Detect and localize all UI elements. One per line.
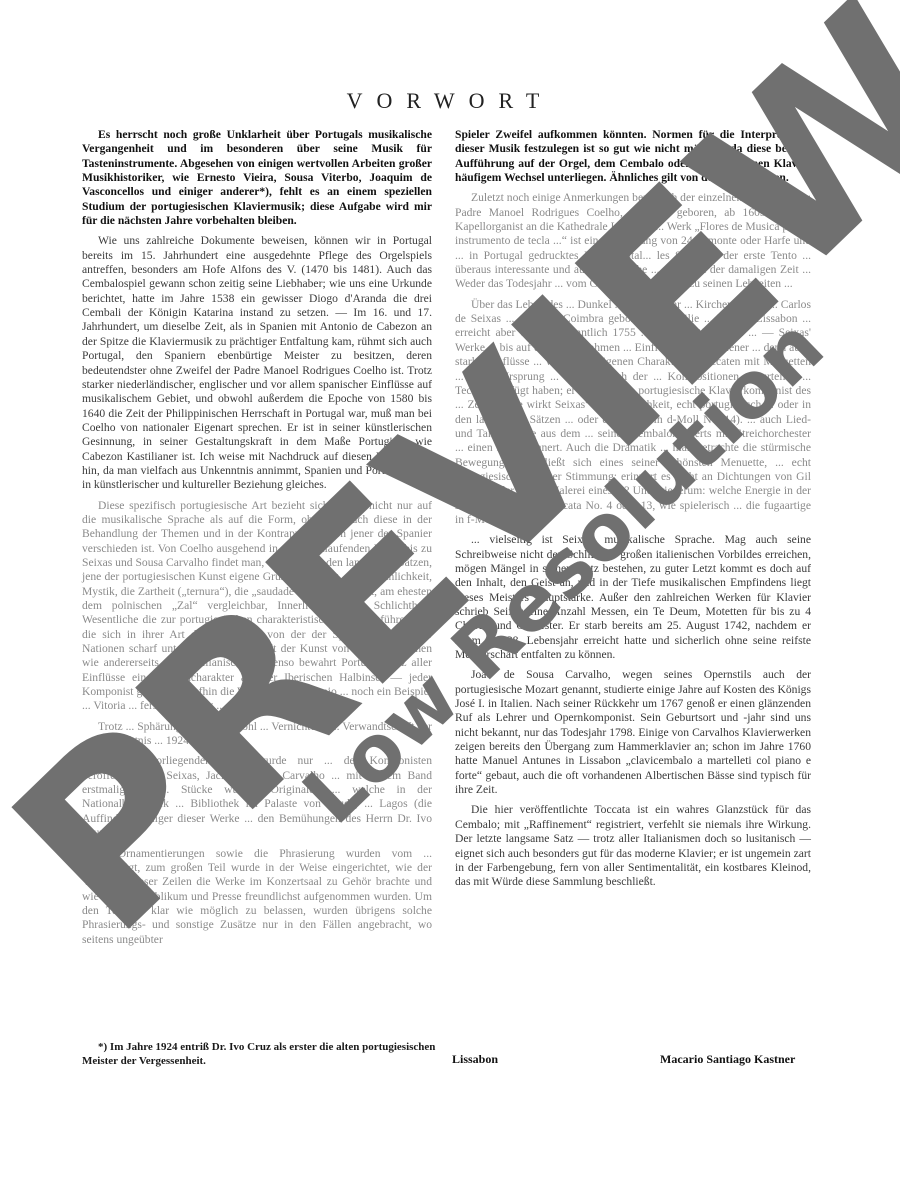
paragraph-carvalho: João de Sousa Carvalho, wegen seines Ope… — [455, 668, 811, 797]
paragraph-intro: Es herrscht noch große Unklarheit über P… — [82, 128, 432, 228]
document-page: VORWORT Es herrscht noch große Unklarhei… — [0, 0, 900, 1180]
signature-author: Macario Santiago Kastner — [660, 1052, 795, 1067]
paragraph-seixas: Über das Leben des ... Dunkel ... Geburt… — [455, 298, 811, 528]
paragraph-seixas-language: ... vielseitig ist Seixas' musikalische … — [455, 533, 811, 662]
paragraph-trotz: Trotz ... Sphärung ... erkannt wohl ... … — [82, 720, 432, 749]
paragraph-history: Wie uns zahlreiche Dokumente beweisen, k… — [82, 234, 432, 492]
footnote: *) Im Jahre 1924 entriß Dr. Ivo Cruz als… — [82, 1040, 438, 1068]
left-column: Es herrscht noch große Unklarheit über P… — [82, 128, 432, 953]
paragraph-phrasing: ... Ornamentierungen sowie die Phrasieru… — [82, 847, 432, 947]
page-title: VORWORT — [0, 88, 900, 114]
signature-place: Lissabon — [452, 1052, 498, 1067]
right-column: Spieler Zweifel aufkommen könnten. Norme… — [455, 128, 811, 896]
paragraph-interpretation: Spieler Zweifel aufkommen könnten. Norme… — [455, 128, 811, 185]
paragraph-portuguese-style: Diese spezifisch portugiesische Art bezi… — [82, 499, 432, 714]
paragraph-sources: Vom ... vorliegenden Werk wurde nur ... … — [82, 754, 432, 840]
paragraph-coelho: Zuletzt noch einige Anmerkungen bezüglic… — [455, 191, 811, 291]
paragraph-toccata: Die hier veröffentlichte Toccata ist ein… — [455, 803, 811, 889]
